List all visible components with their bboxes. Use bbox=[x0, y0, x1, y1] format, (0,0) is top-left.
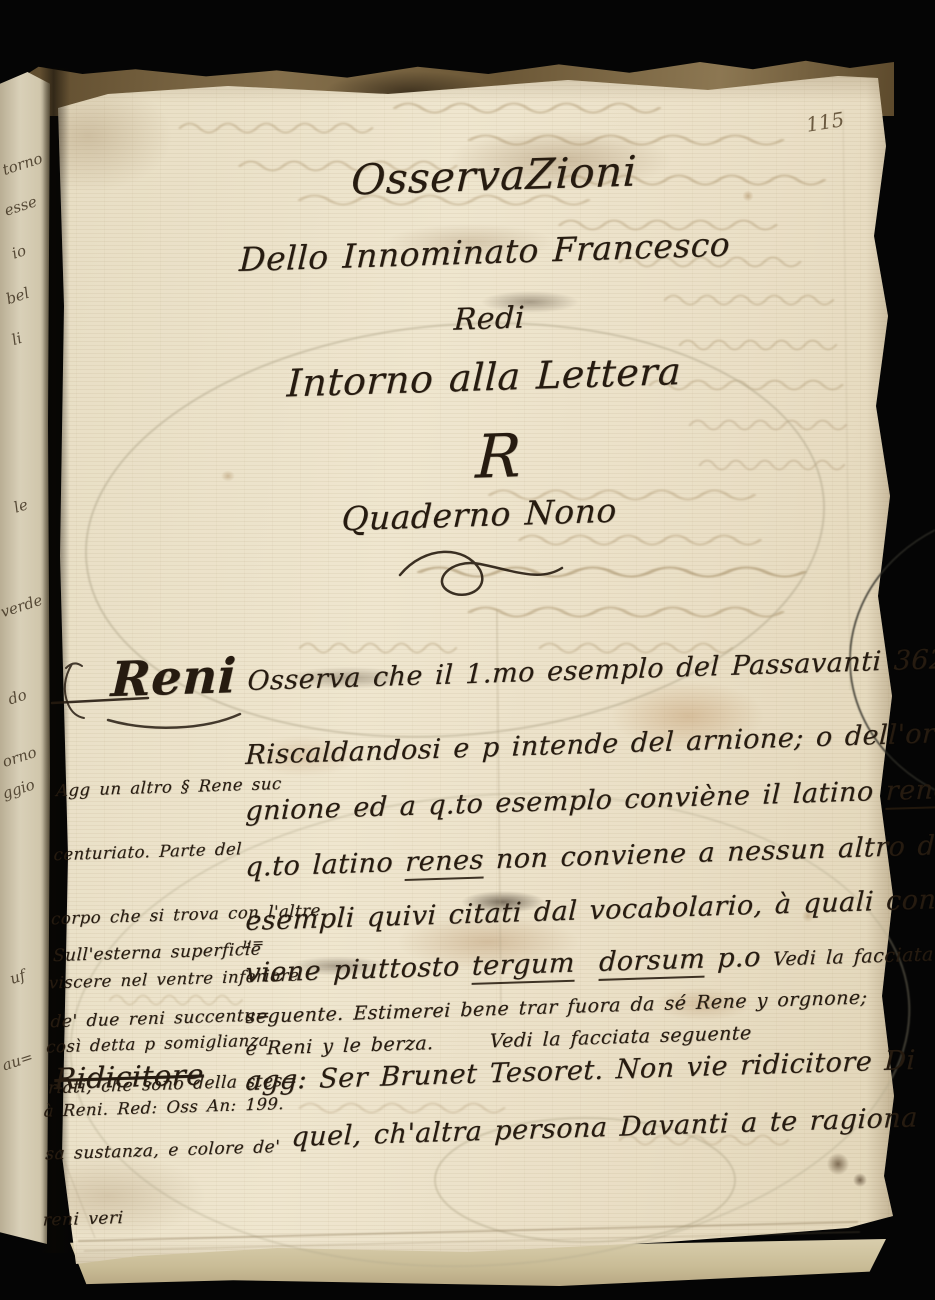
underlined-tergum: tergum bbox=[471, 948, 575, 985]
underlined-dorsum: dorsum bbox=[598, 944, 706, 981]
margin-note-2-line: Sull'esterna superficie bbox=[52, 937, 258, 969]
title-line-5-letter-r: R bbox=[427, 420, 570, 495]
margin-note-2-line: sa sustanza, e colore de' bbox=[45, 1135, 251, 1167]
ridicitore-headword: Ridicitore bbox=[54, 1057, 205, 1096]
margin-note-2-line: de' due reni succentu= bbox=[50, 1003, 256, 1035]
body-line-6-abbrev: p.o bbox=[705, 941, 774, 974]
margin-note-1-line: centuriato. Parte del bbox=[53, 836, 254, 868]
reni-headword: Reni bbox=[110, 648, 238, 708]
margin-note-1-line: Agg un altro § Rene suc bbox=[56, 772, 257, 804]
margin-note-2-line: reni veri bbox=[42, 1201, 248, 1233]
body-line-4-text: q.to latino bbox=[245, 847, 406, 883]
manuscript-photo: 115 OsservaZioni Dello Innominato France… bbox=[0, 0, 935, 1300]
body-line-6-gap bbox=[574, 947, 599, 979]
underlined-renes: renes bbox=[885, 773, 935, 810]
title-line-3: Redi bbox=[379, 298, 600, 340]
underlined-renes-2: renes bbox=[405, 845, 485, 882]
vedi-note: Vedi la facciata bbox=[773, 943, 935, 970]
